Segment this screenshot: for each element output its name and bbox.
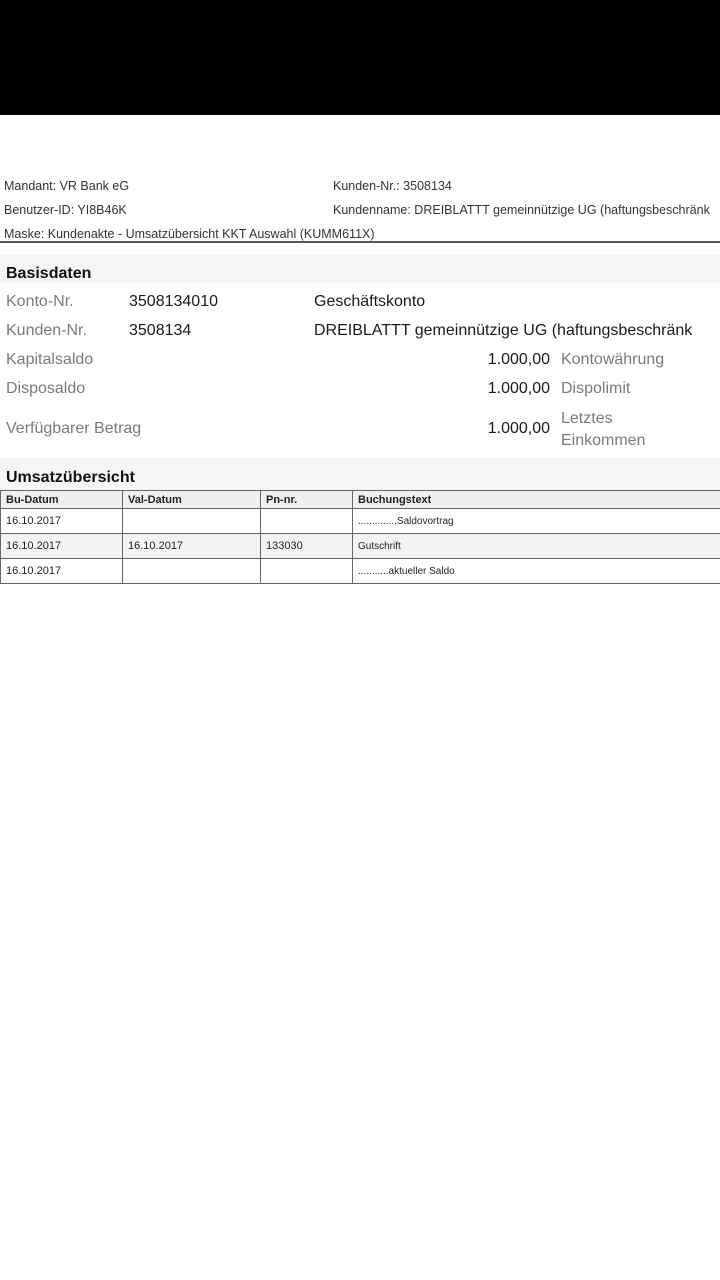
kunden-nr-value: 3508134 [129, 322, 191, 340]
konto-nr-label: Konto-Nr. [6, 293, 74, 311]
dispolimit-label: Dispolimit [561, 380, 630, 398]
cell-val-datum: 16.10.2017 [123, 534, 261, 559]
cell-buchungstext: ...........aktueller Saldo [353, 559, 720, 584]
letztes-einkommen-label: Letztes Einkommen [561, 408, 701, 452]
kunden-nr-label: Kunden-Nr. [6, 322, 87, 340]
table-row: 16.10.2017 16.10.2017 133030 Gutschrift [1, 534, 720, 559]
kundenname-text: Kundenname: DREIBLATTT gemeinnützige UG … [333, 203, 710, 217]
cell-buchungstext: Gutschrift [353, 534, 720, 559]
column-header-buchungstext: Buchungstext [353, 491, 720, 509]
column-header-bu-datum: Bu-Datum [1, 491, 123, 509]
disposaldo-value: 1.000,00 [390, 380, 550, 398]
verfuegbarer-betrag-value: 1.000,00 [390, 420, 550, 438]
table-header-row: Bu-Datum Val-Datum Pn-nr. Buchungstext [1, 491, 720, 509]
cell-buchungstext: ..............Saldovortrag [353, 509, 720, 534]
table-row: 16.10.2017 ...........aktueller Saldo [1, 559, 720, 584]
mandant-text: Mandant: VR Bank eG [4, 179, 129, 193]
maske-text: Maske: Kundenakte - Umsatzübersicht KKT … [4, 227, 375, 241]
kapitalsaldo-value: 1.000,00 [390, 351, 550, 369]
cell-pn-nr [261, 509, 353, 534]
status-bar [0, 0, 720, 115]
konto-nr-value: 3508134010 [129, 293, 218, 311]
verfuegbarer-betrag-label: Verfügbarer Betrag [6, 420, 141, 438]
section-umsatz-title: Umsatzübersicht [0, 458, 720, 490]
cell-pn-nr [261, 559, 353, 584]
header-divider [0, 241, 720, 243]
cell-bu-datum: 16.10.2017 [1, 559, 123, 584]
cell-bu-datum: 16.10.2017 [1, 534, 123, 559]
kunden-name-value: DREIBLATTT gemeinnützige UG (haftungsbes… [314, 322, 692, 340]
konto-type-value: Geschäftskonto [314, 293, 425, 311]
cell-pn-nr: 133030 [261, 534, 353, 559]
kapitalsaldo-label: Kapitalsaldo [6, 351, 93, 369]
section-basisdaten-title: Basisdaten [0, 255, 720, 283]
umsatz-table: Bu-Datum Val-Datum Pn-nr. Buchungstext 1… [0, 490, 720, 584]
kunden-nr-text: Kunden-Nr.: 3508134 [333, 179, 452, 193]
cell-val-datum [123, 559, 261, 584]
cell-bu-datum: 16.10.2017 [1, 509, 123, 534]
column-header-pn-nr: Pn-nr. [261, 491, 353, 509]
table-row: 16.10.2017 ..............Saldovortrag [1, 509, 720, 534]
disposaldo-label: Disposaldo [6, 380, 85, 398]
kontowaehrung-label: Kontowährung [561, 351, 664, 369]
cell-val-datum [123, 509, 261, 534]
column-header-val-datum: Val-Datum [123, 491, 261, 509]
benutzer-id-text: Benutzer-ID: YI8B46K [4, 203, 127, 217]
